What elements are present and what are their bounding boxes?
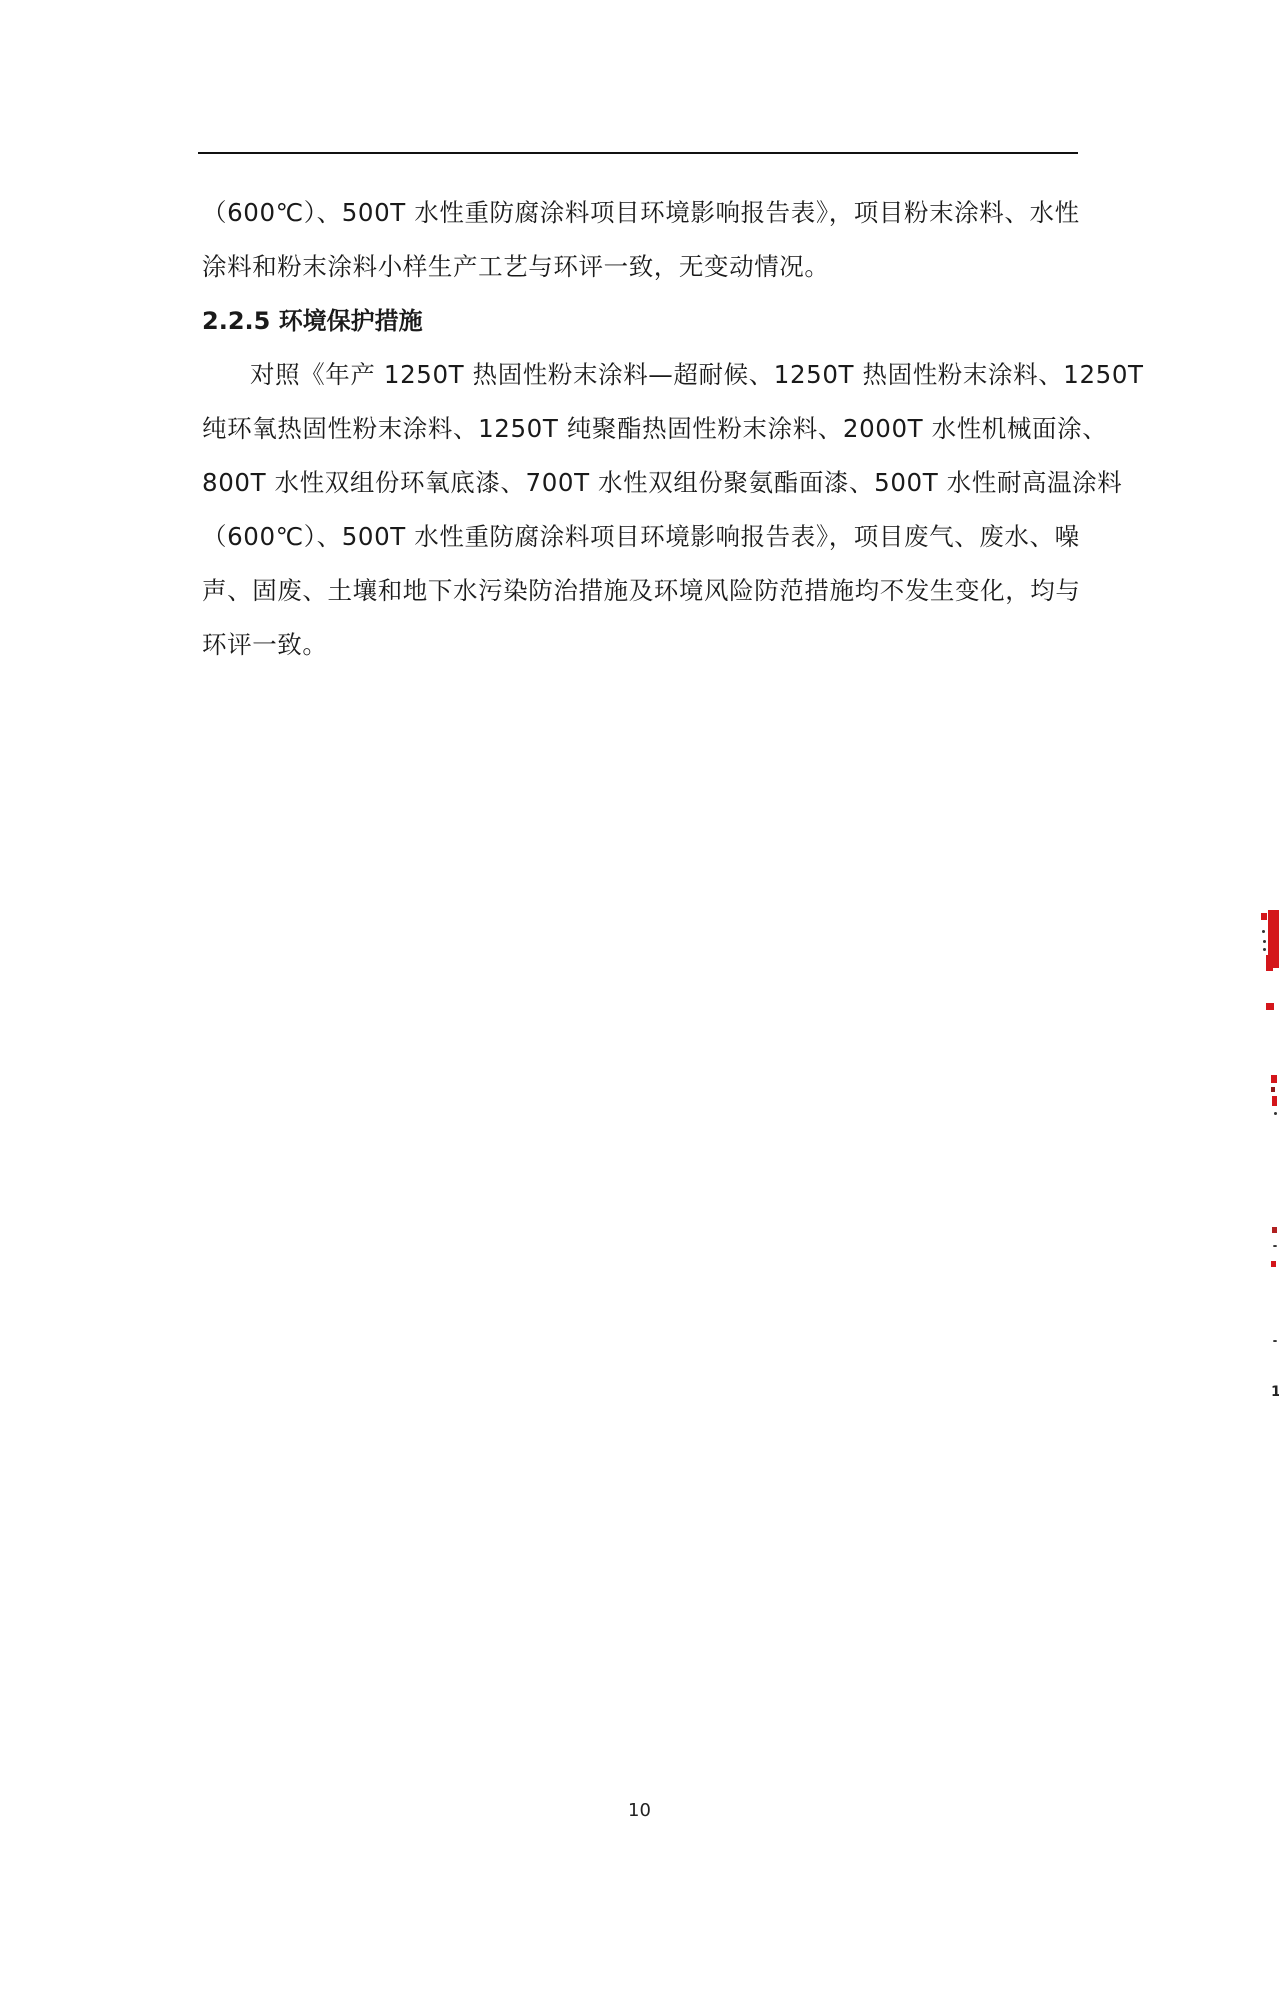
page-number: 10: [0, 1800, 1279, 1821]
text-line: （600℃）、500T 水性重防腐涂料项目环境影响报告表》，项目粉末涂料、水性: [202, 198, 1080, 228]
text-line: （600℃）、500T 水性重防腐涂料项目环境影响报告表》，项目废气、废水、噪: [202, 522, 1080, 552]
text-line: 环评一致。: [202, 630, 328, 660]
text-line: 声、固废、土壤和地下水污染防治措施及环境风险防范措施均不发生变化，均与: [202, 576, 1081, 606]
text-line: 对照《年产 1250T 热固性粉末涂料—超耐候、1250T 热固性粉末涂料、12…: [250, 360, 1144, 390]
text-line: 800T 水性双组份环氧底漆、700T 水性双组份聚氨酯面漆、500T 水性耐高…: [202, 468, 1122, 498]
header-rule: [198, 152, 1078, 154]
edge-mark: 1: [1271, 1384, 1279, 1400]
text-line: 涂料和粉末涂料小样生产工艺与环评一致，无变动情况。: [202, 252, 830, 282]
text-line: 纯环氧热固性粉末涂料、1250T 纯聚酯热固性粉末涂料、2000T 水性机械面涂…: [202, 414, 1107, 444]
section-heading: 2.2.5 环境保护措施: [202, 306, 423, 336]
